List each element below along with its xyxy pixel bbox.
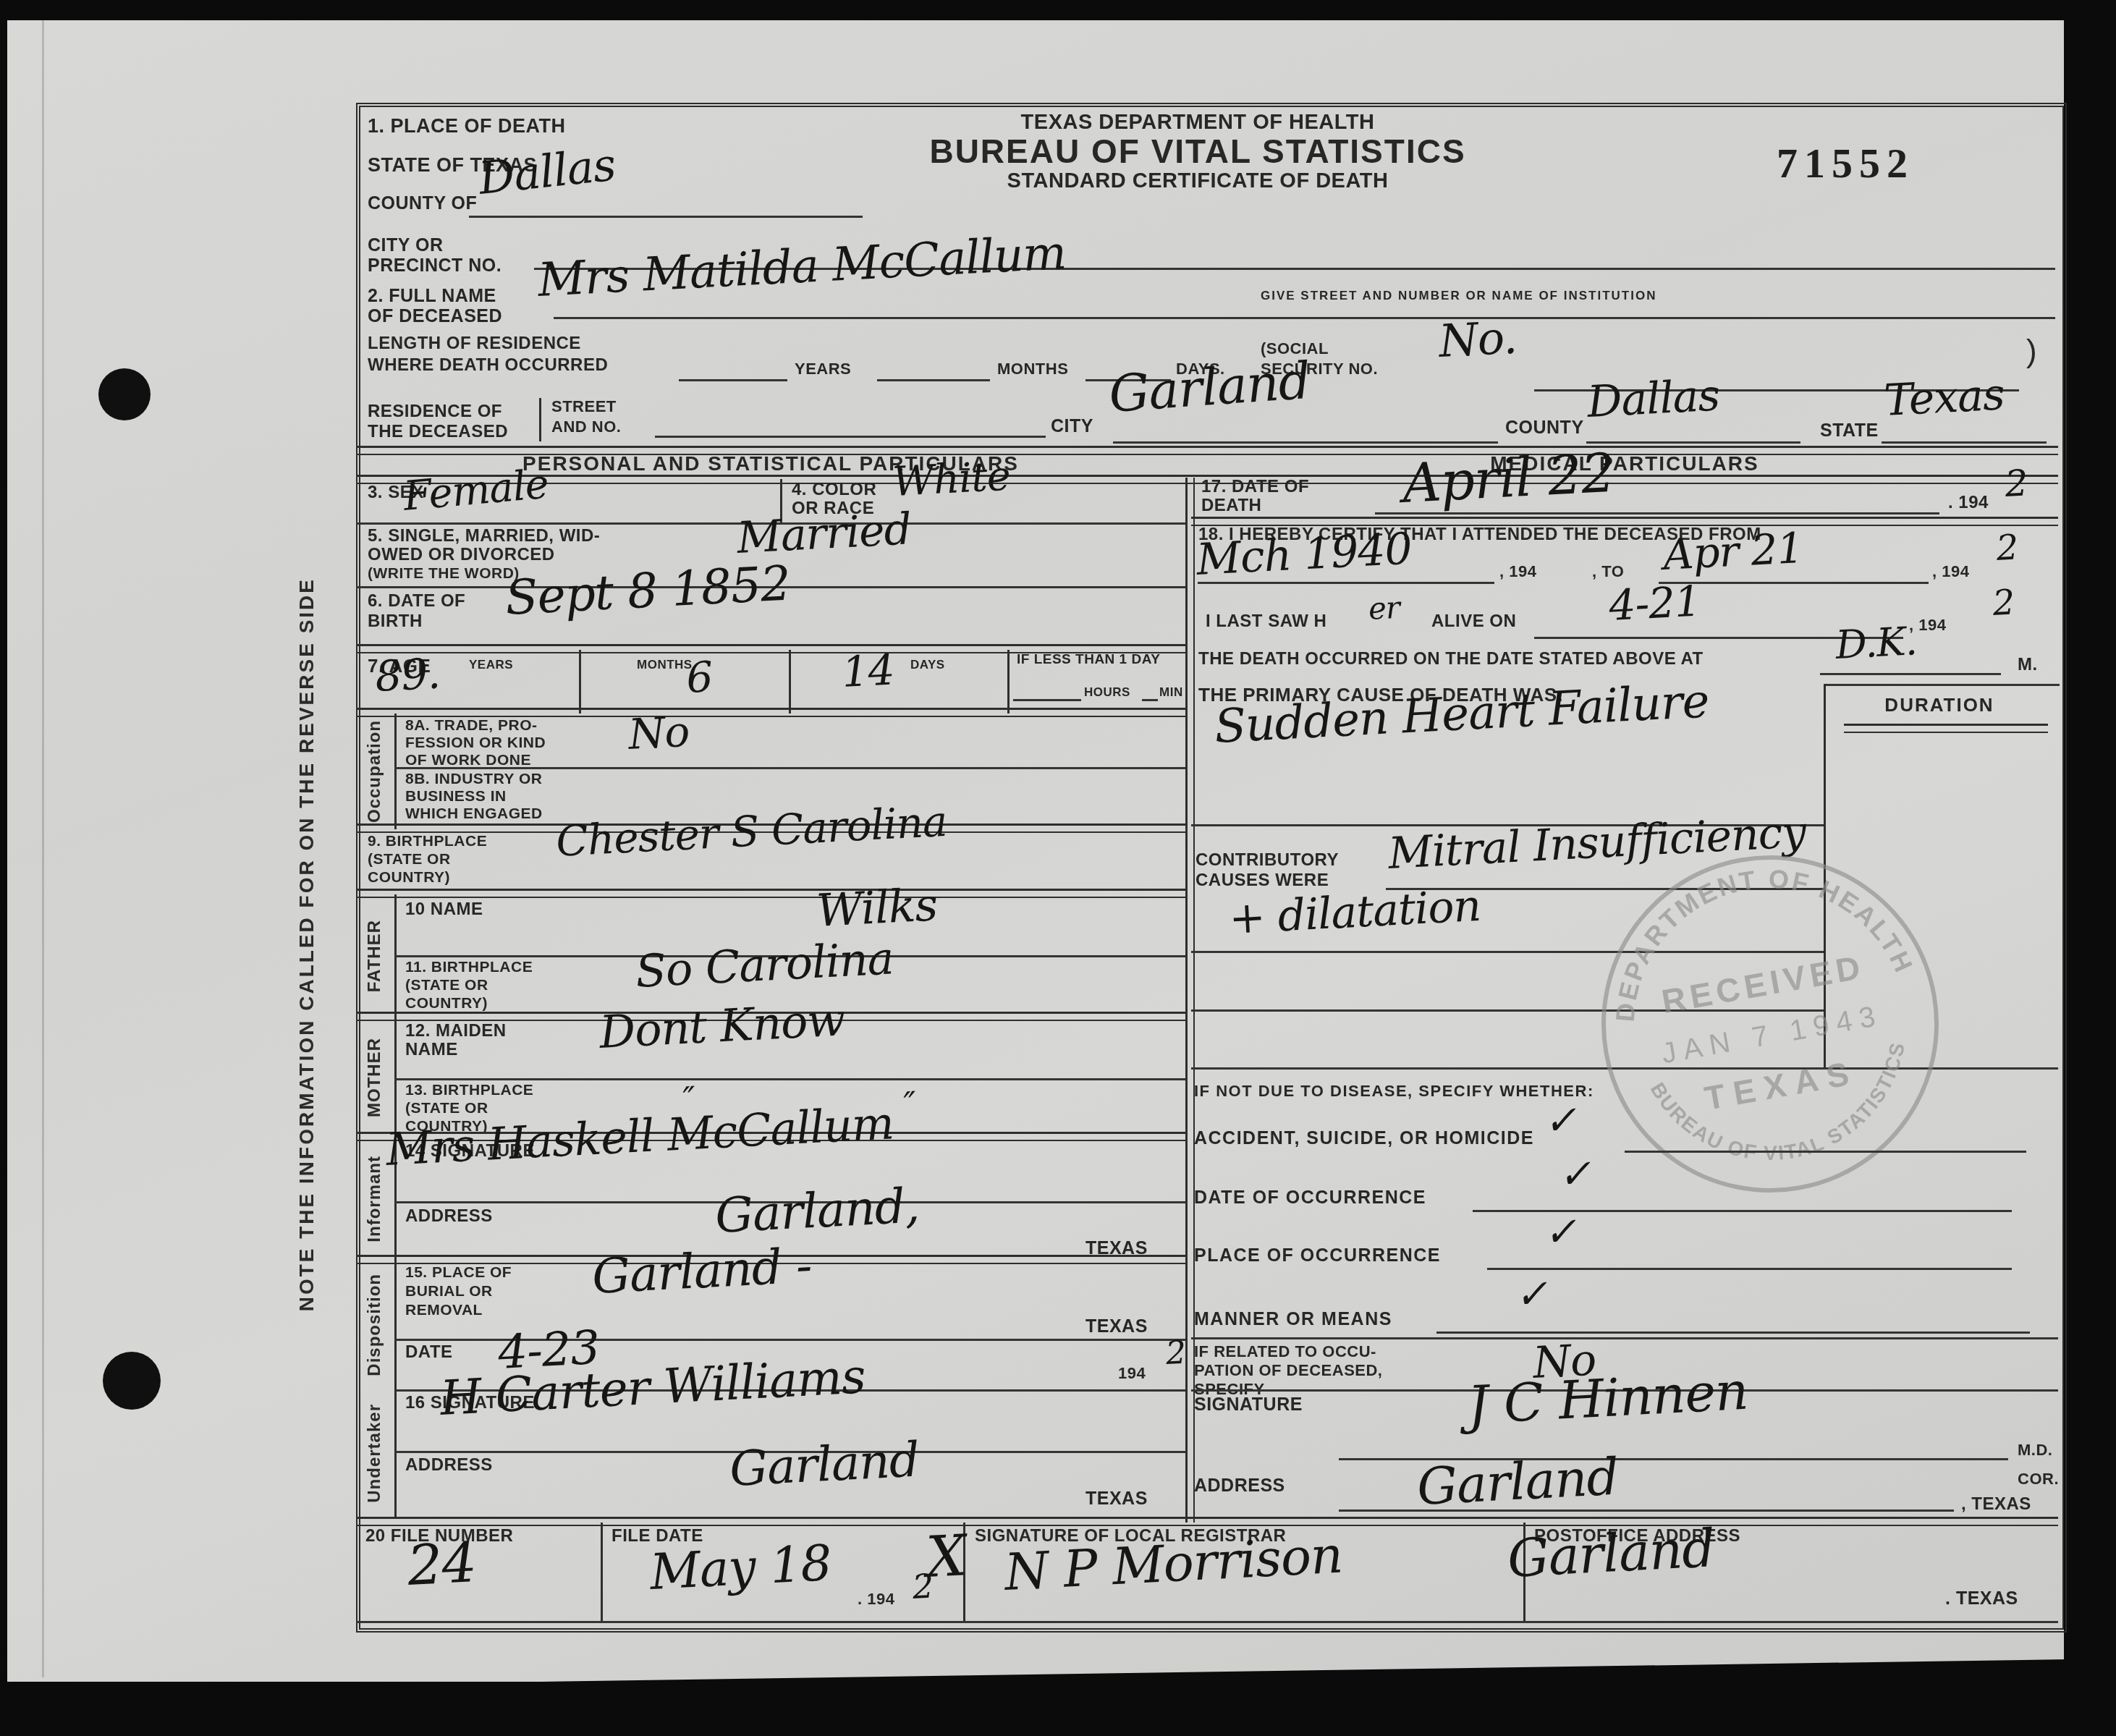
paper-crease xyxy=(42,20,44,1677)
hours-line xyxy=(1013,699,1081,701)
city-precinct-label2: PRECINCT NO. xyxy=(368,256,502,276)
burial-year-prefix: 194 xyxy=(1118,1365,1146,1382)
physician-address-state: , TEXAS xyxy=(1961,1495,2031,1514)
registrar-x-mark: X xyxy=(925,1529,967,1585)
father-name-handwriting: Wilks xyxy=(816,884,939,933)
registrar-handwriting: N P Morrison xyxy=(1004,1531,1344,1597)
dod-label1: 17. DATE OF xyxy=(1201,478,1309,496)
age-days-handwriting: 14 xyxy=(841,650,895,693)
accident-line xyxy=(1625,1151,2026,1153)
certificate-title: STANDARD CERTIFICATE OF DEATH xyxy=(753,170,1643,192)
age-days-label: DAYS xyxy=(910,659,945,672)
undertaker-address-handwriting: Garland xyxy=(729,1437,921,1492)
manner-check: ✓ xyxy=(1514,1275,1548,1314)
work-label1: 8A. TRADE, PRO- xyxy=(405,718,538,734)
father-bp-label1: 11. BIRTHPLACE xyxy=(405,960,533,976)
agency-header: TEXAS DEPARTMENT OF HEALTH BUREAU OF VIT… xyxy=(753,111,1643,192)
age-months-handwriting: 6 xyxy=(685,657,714,698)
res-state-handwriting: Texas xyxy=(1883,374,2005,422)
reverse-side-note: NOTE THE INFORMATION CALLED FOR ON THE R… xyxy=(288,463,326,1426)
months-label: MONTHS xyxy=(997,360,1068,378)
age-years-label: YEARS xyxy=(469,659,513,672)
residence-of-label2: THE DECEASED xyxy=(368,423,508,441)
medical-rule-5 xyxy=(1191,1337,2058,1339)
ssn-handwriting: No. xyxy=(1438,316,1518,363)
dob-label1: 6. DATE OF xyxy=(368,592,465,611)
burial-label2: BURIAL OR xyxy=(405,1284,493,1300)
row8a-bottom-line xyxy=(394,767,1185,769)
placeocc-label: PLACE OF OCCURRENCE xyxy=(1194,1246,1441,1266)
street-note: GIVE STREET AND NUMBER OR NAME OF INSTIT… xyxy=(1261,289,1656,302)
mother-band-line xyxy=(394,1017,397,1138)
street-line xyxy=(655,436,1046,438)
res-state-line xyxy=(1882,441,2047,444)
age-months-label: MONTHS xyxy=(637,659,693,672)
attended-mid1: , 194 xyxy=(1499,563,1536,580)
attended-mid2: , TO xyxy=(1592,563,1624,580)
age-divider2 xyxy=(789,650,791,714)
fullname-label2: OF DECEASED xyxy=(368,307,502,326)
md-label: M.D. xyxy=(2018,1441,2052,1459)
occrel-label2: PATION OF DECEASED, xyxy=(1194,1362,1382,1379)
bureau-title: BUREAU OF VITAL STATISTICS xyxy=(753,134,1643,170)
manner-line xyxy=(1436,1331,2030,1334)
physician-address-line xyxy=(1339,1510,1954,1512)
occurred-handwriting: D.K. xyxy=(1834,622,1918,664)
burial-label1: 15. PLACE OF xyxy=(405,1265,512,1282)
mother-bp-label2: (STATE OR xyxy=(405,1101,488,1117)
mother-bp-label1: 13. BIRTHPLACE xyxy=(405,1083,533,1099)
residence-length-label1: LENGTH OF RESIDENCE xyxy=(368,334,581,353)
burial-state: TEXAS xyxy=(1085,1317,1148,1337)
county-label: COUNTY OF xyxy=(368,194,477,213)
row12-bottom-line xyxy=(394,1078,1185,1080)
stamp-texas: TEXAS xyxy=(1701,1054,1860,1117)
duration-label: DURATION xyxy=(1831,695,2048,715)
color-label1: 4. COLOR xyxy=(792,480,876,499)
punch-hole-bottom xyxy=(103,1352,161,1410)
contrib-label2: CAUSES WERE xyxy=(1195,871,1329,890)
res-county-line xyxy=(1586,441,1800,444)
dod-year-prefix: . 194 xyxy=(1948,494,1989,512)
lastsaw-mid: ALIVE ON xyxy=(1431,612,1516,631)
po-address-handwriting: Garland xyxy=(1506,1523,1715,1583)
dept-title: TEXAS DEPARTMENT OF HEALTH xyxy=(753,111,1643,134)
age-divider3 xyxy=(1007,650,1010,714)
years-label: YEARS xyxy=(795,360,851,378)
burial-date-label: DATE xyxy=(405,1343,453,1362)
scan-edge-right xyxy=(2064,0,2116,1736)
po-address-state: . TEXAS xyxy=(1945,1589,2018,1609)
father-bp-handwriting: So Carolina xyxy=(635,937,894,993)
occurred-label: THE DEATH OCCURRED ON THE DATE STATED AB… xyxy=(1198,650,1704,669)
maiden-handwriting: Dont Know xyxy=(598,999,846,1054)
dod-label2: DEATH xyxy=(1201,496,1261,515)
ssn-paren: ) xyxy=(2026,334,2037,369)
birthplace-label2: (STATE OR xyxy=(368,852,451,868)
informant-address-label: ADDRESS xyxy=(405,1207,493,1226)
dob-label2: BIRTH xyxy=(368,612,423,631)
father-bp-label3: COUNTRY) xyxy=(405,996,488,1012)
maiden-label2: NAME xyxy=(405,1041,458,1059)
res-county-handwriting: Dallas xyxy=(1586,376,1721,423)
row7-bottom-rule xyxy=(356,708,1185,717)
undertaker-address-label: ADDRESS xyxy=(405,1456,493,1475)
physician-address-label: ADDRESS xyxy=(1194,1476,1285,1496)
birthplace-label1: 9. BIRTHPLACE xyxy=(368,834,487,850)
work-label2: FESSION OR KIND xyxy=(405,735,546,752)
burial-year-handwriting: 2 xyxy=(1165,1338,1186,1369)
cor-label: COR. xyxy=(2018,1470,2059,1488)
county-line xyxy=(469,216,863,218)
physician-signature-handwriting: J C Hinnen xyxy=(1466,1366,1748,1431)
file-number-handwriting: 24 xyxy=(406,1536,477,1592)
street-label1: STREET xyxy=(551,398,617,415)
burial-handwriting: Garland - xyxy=(591,1243,813,1300)
res-city-handwriting: Garland xyxy=(1107,357,1311,419)
manner-label: MANNER OR MEANS xyxy=(1194,1310,1392,1329)
county-handwriting: Dallas xyxy=(477,144,617,200)
birthplace-label3: COUNTRY) xyxy=(368,870,450,886)
mother-side-label: MOTHER xyxy=(357,1017,392,1138)
marital-label3: (WRITE THE WORD) xyxy=(368,566,520,583)
min-label: MIN xyxy=(1159,686,1183,699)
age-years-handwriting: 89. xyxy=(374,653,441,697)
min-line xyxy=(1142,699,1158,701)
file-date-year-prefix: . 194 xyxy=(858,1591,894,1608)
dateocc-check: ✓ xyxy=(1557,1155,1591,1194)
lastsaw-pre: I LAST SAW H xyxy=(1206,612,1326,631)
certificate-number: 71552 xyxy=(1777,139,1914,187)
contrib-handwriting-2: + dilatation xyxy=(1228,886,1481,940)
medical-band-title: MEDICAL PARTICULARS xyxy=(1191,453,2058,475)
street-label2: AND NO. xyxy=(551,418,621,436)
physician-signature-label: SIGNATURE xyxy=(1194,1395,1303,1415)
dob-handwriting: Sept 8 1852 xyxy=(504,561,792,621)
mother-bp-ditto2: ″ xyxy=(903,1088,916,1120)
informant-address-handwriting: Garland, xyxy=(714,1183,921,1239)
fullname-label1: 2. FULL NAME xyxy=(368,287,496,306)
undertaker-address-state: TEXAS xyxy=(1085,1489,1148,1509)
lastsaw-er-handwriting: er xyxy=(1368,593,1400,624)
less-than-day-label: IF LESS THAN 1 DAY xyxy=(1017,653,1160,668)
received-stamp: DEPARTMENT OF HEALTH RECEIVED JAN 7 1943… xyxy=(1560,814,1979,1233)
occupation-side-label: Occupation xyxy=(357,714,392,829)
lastsaw-year-handwriting: 2 xyxy=(1992,587,2015,621)
occurred-suffix: M. xyxy=(2018,656,2038,674)
marital-label2: OWED OR DIVORCED xyxy=(368,546,555,564)
occurred-line xyxy=(1820,673,2001,675)
accident-label: ACCIDENT, SUICIDE, OR HOMICIDE xyxy=(1194,1129,1534,1148)
dod-line xyxy=(1375,512,1939,515)
industry-label3: WHICH ENGAGED xyxy=(405,806,543,823)
years-line xyxy=(679,379,787,381)
place-of-death-label: 1. PLACE OF DEATH xyxy=(368,116,566,137)
age-divider1 xyxy=(579,650,581,714)
scan-edge-top xyxy=(0,0,2116,20)
father-bp-label2: (STATE OR xyxy=(405,978,488,994)
res-city-line xyxy=(1113,441,1498,444)
father-side-label: FATHER xyxy=(357,894,392,1017)
disposition-side-label: Disposition xyxy=(357,1261,392,1389)
notdisease-check: ✓ xyxy=(1543,1101,1577,1140)
res-city-label: CITY xyxy=(1051,417,1093,436)
attended-from-handwriting: Mch 1940 xyxy=(1195,529,1413,581)
city-precinct-label1: CITY OR xyxy=(368,236,443,255)
file-date-handwriting: May 18 xyxy=(649,1541,833,1597)
residence-of-label1: RESIDENCE OF xyxy=(368,402,502,421)
physician-address-handwriting: Garland xyxy=(1416,1453,1620,1512)
reverse-side-note-text: NOTE THE INFORMATION CALLED FOR ON THE R… xyxy=(295,577,318,1311)
res-county-label: COUNTY xyxy=(1505,418,1584,438)
dod-handwriting: April 22 xyxy=(1401,448,1615,510)
marital-label1: 5. SINGLE, MARRIED, WID- xyxy=(368,527,600,546)
punch-hole-top xyxy=(98,368,151,420)
undertaker-side-label: Undertaker xyxy=(357,1389,392,1517)
hours-label: HOURS xyxy=(1084,686,1130,699)
placeocc-line xyxy=(1487,1268,2012,1270)
footer-bottom-line xyxy=(356,1621,2058,1623)
row9-bottom-rule xyxy=(356,889,1185,898)
work-handwriting: No xyxy=(627,712,690,755)
residence-length-label2: WHERE DEATH OCCURRED xyxy=(368,356,608,375)
sex-handwriting: Female xyxy=(402,465,549,516)
undertaker-band-line xyxy=(394,1389,397,1517)
attended-from-line xyxy=(1198,582,1494,584)
footer-top-rule xyxy=(356,1517,2058,1526)
duration-underline xyxy=(1844,724,2048,733)
occupation-band-line xyxy=(394,714,397,829)
attended-to-handwriting: Apr 21 xyxy=(1662,528,1804,575)
notdisease-label: IF NOT DUE TO DISEASE, SPECIFY WHETHER: xyxy=(1194,1083,1594,1100)
placeocc-check: ✓ xyxy=(1543,1213,1577,1252)
footer-divider1 xyxy=(601,1523,603,1621)
months-line xyxy=(877,379,990,381)
father-name-label: 10 NAME xyxy=(405,900,483,919)
dod-year-handwriting: 2 xyxy=(2005,466,2028,501)
marital-handwriting: Married xyxy=(736,509,912,559)
lastsaw-handwriting: 4-21 xyxy=(1608,581,1701,626)
burial-label3: REMOVAL xyxy=(405,1303,483,1319)
dateocc-label: DATE OF OCCURRENCE xyxy=(1194,1188,1426,1208)
contrib-label1: CONTRIBUTORY xyxy=(1195,851,1339,870)
attended-year-handwriting: 2 xyxy=(1996,532,2019,566)
occrel-label1: IF RELATED TO OCCU- xyxy=(1194,1343,1376,1360)
scanned-death-certificate: NOTE THE INFORMATION CALLED FOR ON THE R… xyxy=(0,0,2116,1736)
industry-label1: 8B. INDUSTRY OR xyxy=(405,771,543,788)
residence-brace xyxy=(539,398,541,441)
duration-box-top xyxy=(1824,684,2060,686)
industry-label2: BUSINESS IN xyxy=(405,789,507,805)
color-handwriting: White xyxy=(892,457,1011,502)
maiden-label1: 12. MAIDEN xyxy=(405,1022,507,1041)
attended-year-prefix: , 194 xyxy=(1932,563,1969,580)
fullname-line xyxy=(554,317,2055,319)
res-state-label: STATE xyxy=(1820,421,1879,441)
disposition-band-line xyxy=(394,1261,397,1389)
